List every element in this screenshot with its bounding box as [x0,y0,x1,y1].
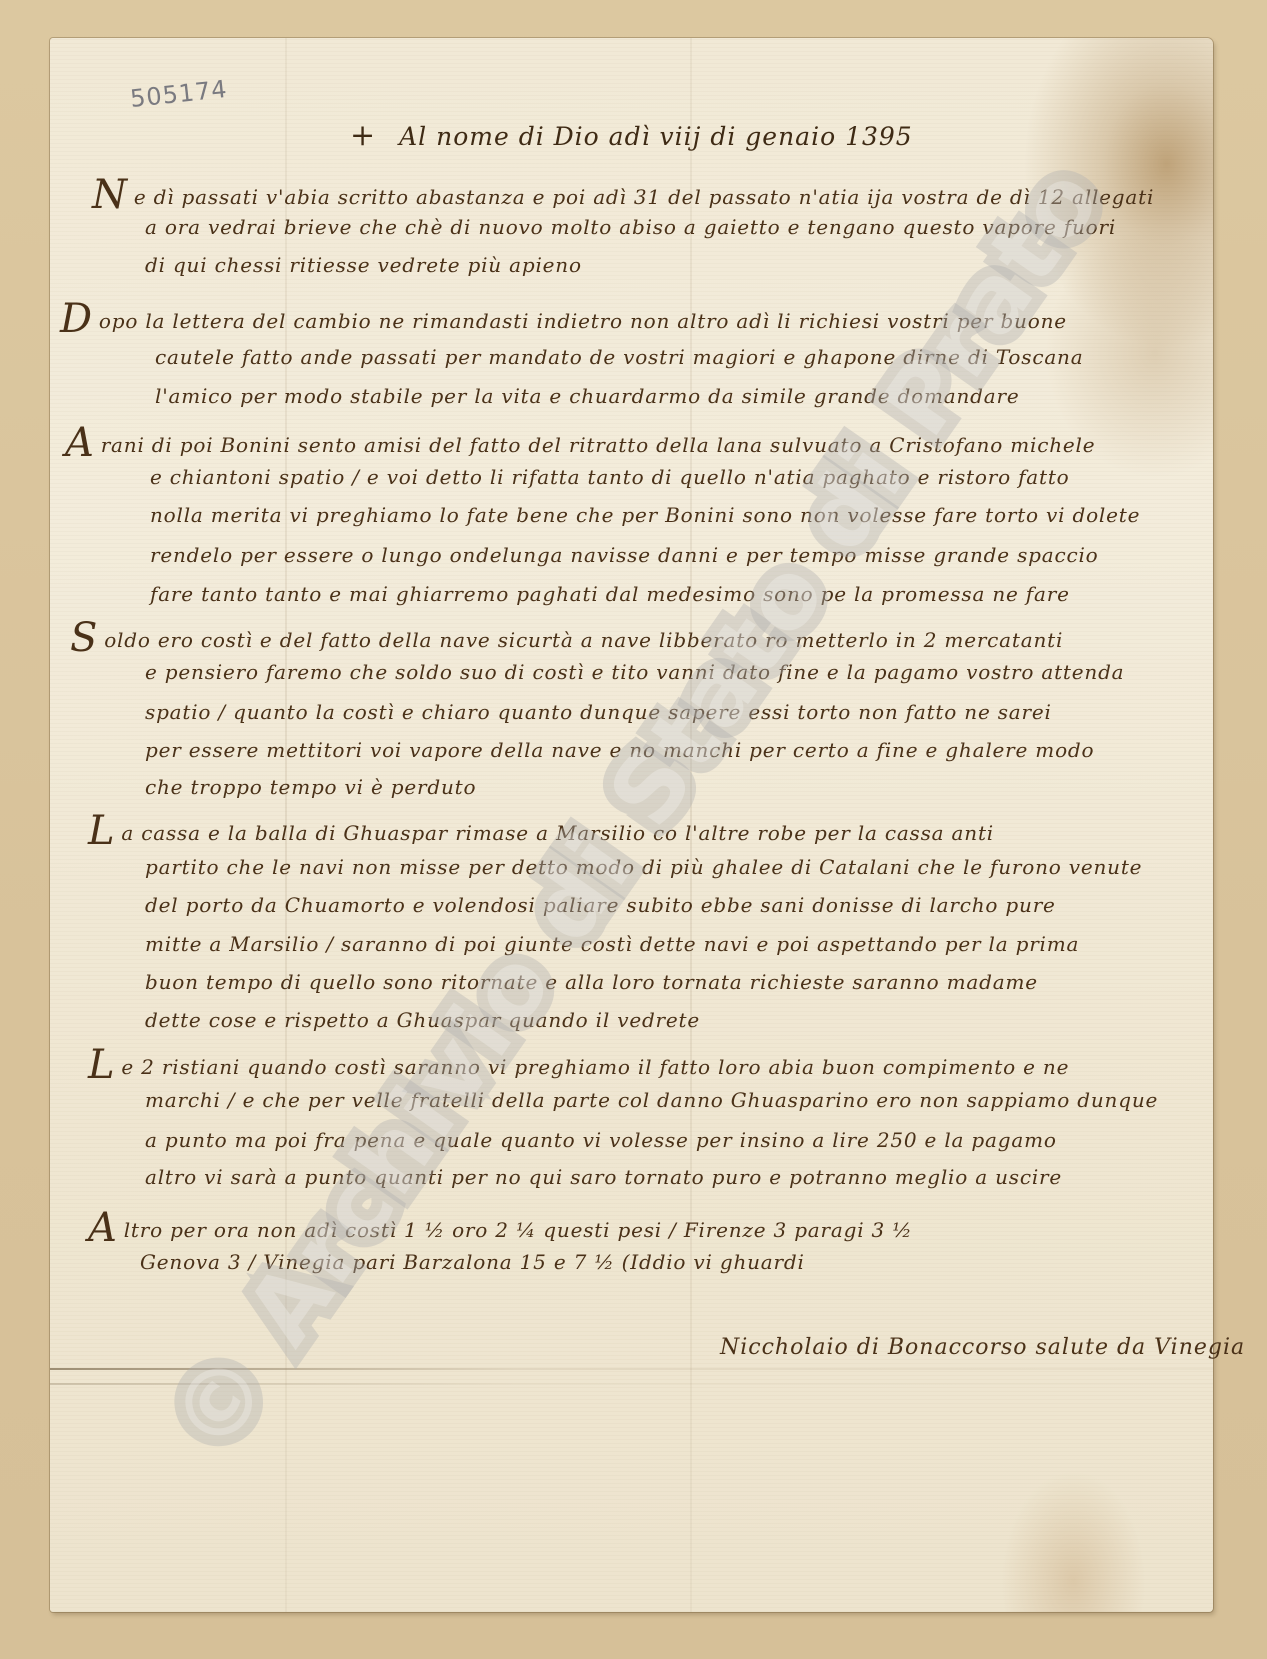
text-line: fare tanto tanto e mai ghiarremo paghati… [150,582,1070,606]
text-line: dette cose e rispetto a Ghuaspar quando … [145,1008,700,1032]
text-line: di qui chessi ritiesse vedrete più apien… [145,253,582,277]
paragraph-initial: L [88,808,115,854]
text-line: rendelo per essere o lungo ondelunga nav… [150,543,1099,567]
text-line: Le 2 ristiani quando costì saranno vi pr… [88,1042,1069,1088]
text-line: partito che le navi non misse per detto … [145,855,1142,879]
paragraph-initial: S [70,615,98,661]
text-line: del porto da Chuamorto e volendosi palia… [145,893,1056,917]
text-line: Ne dì passati v'abia scritto abastanza e… [92,172,1154,218]
text-line: Altro per ora non adì costì 1 ½ oro 2 ¼ … [88,1205,912,1251]
paragraph-initial: N [92,172,128,218]
text-line: buon tempo di quello sono ritornate e al… [145,970,1038,994]
text-line: altro vi sarà a punto quanti per no qui … [145,1165,1062,1189]
text-line: spatio / quanto la costì e chiaro quanto… [145,700,1052,724]
paragraph-initial: L [88,1042,115,1088]
text-line: nolla merita vi preghiamo lo fate bene c… [150,503,1140,527]
text-line: cautele fatto ande passati per mandato d… [155,345,1083,369]
text-line: a punto ma poi fra pena e quale quanto v… [145,1128,1057,1152]
text-line: Arani di poi Bonini sento amisi del fatt… [65,420,1095,466]
paragraph-initial: A [65,420,95,466]
text-line: per essere mettitori voi vapore della na… [145,738,1094,762]
paragraph-initial: D [60,296,93,342]
horizontal-fold-crease [50,1368,1213,1370]
paragraph-initial: A [88,1205,118,1251]
text-line: a ora vedrai brieve che chè di nuovo mol… [145,215,1116,239]
text-line: e chiantoni spatio / e voi detto li rifa… [150,465,1070,489]
text-line: e pensiero faremo che soldo suo di costì… [145,660,1124,684]
text-line: mitte a Marsilio / saranno di poi giunte… [145,932,1079,956]
cross-icon: + [350,118,376,153]
signature: Niccholaio di Bonaccorso salute da Vineg… [720,1335,1245,1360]
text-line: La cassa e la balla di Ghuaspar rimase a… [88,808,994,854]
text-line: Soldo ero costì e del fatto della nave s… [70,615,1063,661]
text-line: Genova 3 / Vinegia pari Barzalona 15 e 7… [140,1250,805,1274]
text-line: l'amico per modo stabile per la vita e c… [155,384,1020,408]
horizontal-fold-crease-shadow [50,1383,1213,1385]
heading-text: Al nome di Dio adì viij di genaio 1395 [399,122,913,151]
letter-heading: + Al nome di Dio adì viij di genaio 1395 [350,118,913,153]
text-line: marchi / e che per velle fratelli della … [145,1088,1158,1112]
text-line: che troppo tempo vi è perduto [145,775,476,799]
text-line: Dopo la lettera del cambio ne rimandasti… [60,296,1067,342]
